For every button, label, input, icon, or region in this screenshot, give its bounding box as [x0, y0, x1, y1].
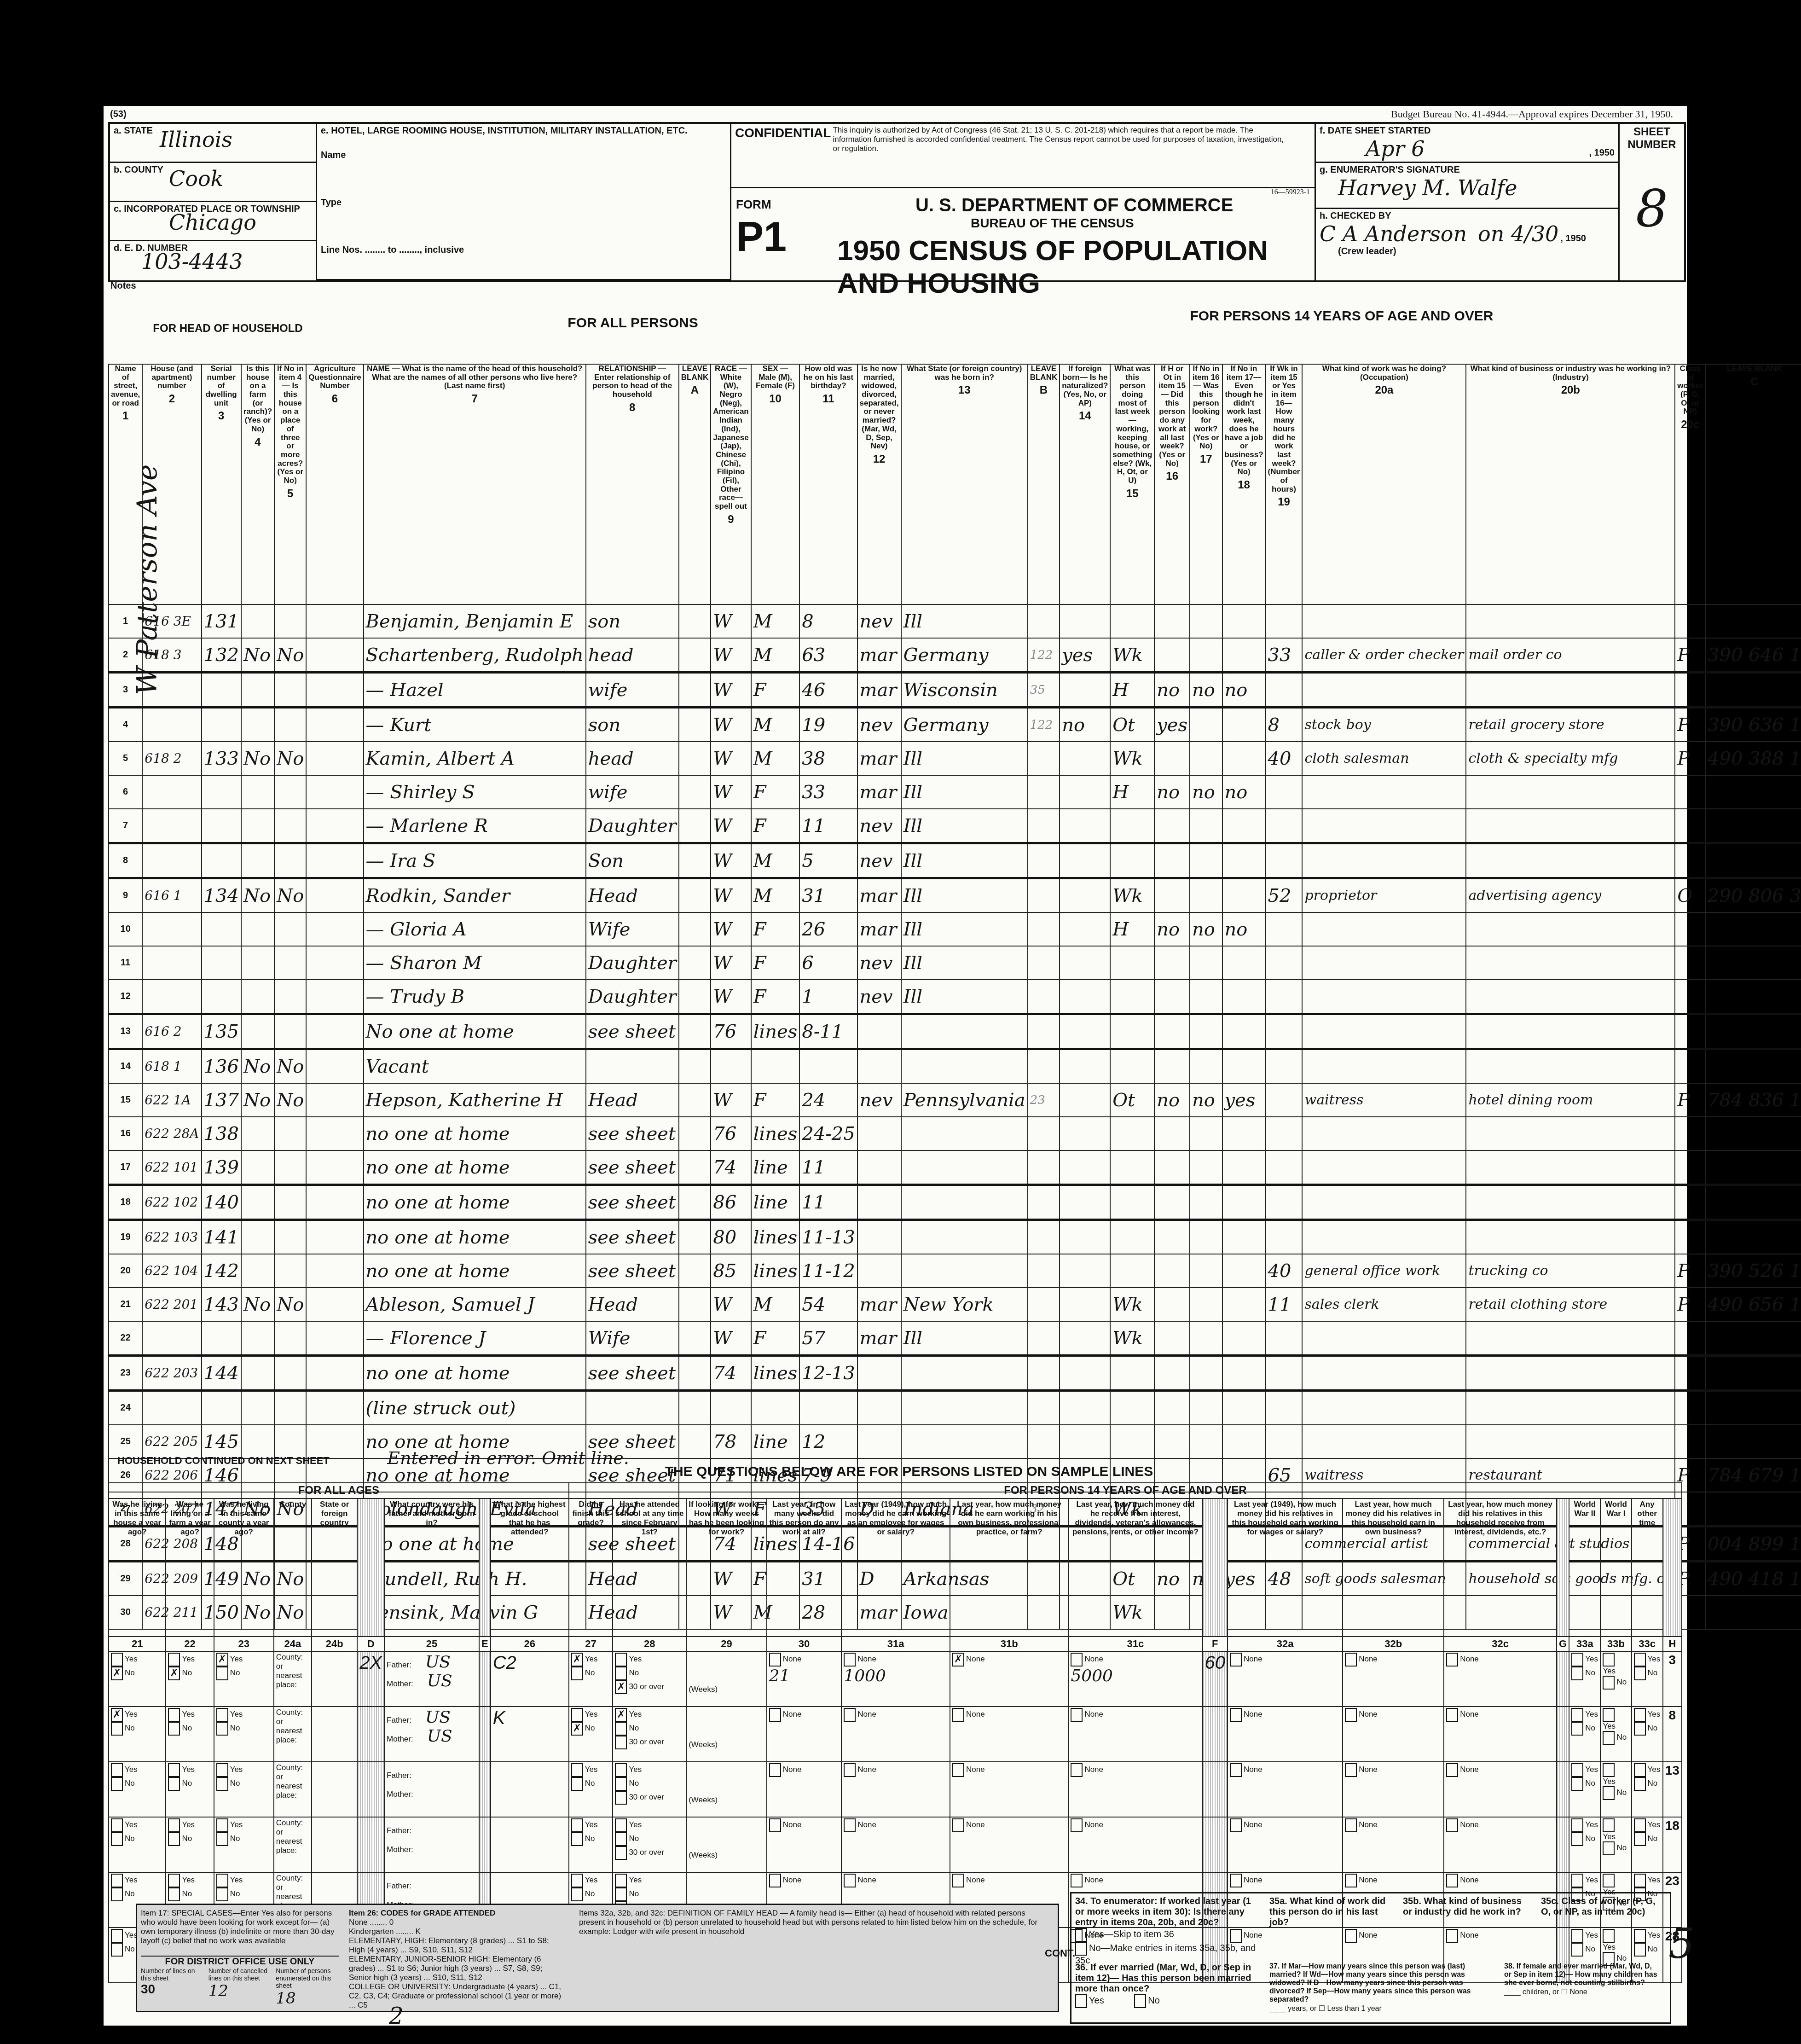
no-checkbox[interactable] [111, 1722, 123, 1736]
line-number: 7 [109, 809, 142, 843]
line-number: 11 [109, 946, 142, 980]
cell-acres [274, 1150, 306, 1185]
no-checkbox[interactable] [216, 1887, 228, 1901]
cell-farm [241, 1321, 274, 1356]
yes-checkbox[interactable] [1603, 1818, 1615, 1832]
cell-nat: no [1060, 708, 1110, 742]
cancelled-count: 12 [208, 1982, 272, 2000]
cell-name: Benjamin, Benjamin E [364, 604, 586, 638]
cell-activity [1110, 809, 1154, 843]
sample-column-number: 28 [613, 1637, 686, 1651]
parents-birthplace[interactable]: Father:USMother:US [384, 1651, 479, 1707]
yes-checkbox[interactable] [216, 1818, 228, 1832]
other-income-cell[interactable]: None [1068, 1762, 1202, 1817]
relatives-other-cell[interactable]: None [1444, 1651, 1557, 1707]
q28-no-checkbox[interactable] [615, 1832, 627, 1846]
no-checkbox[interactable] [111, 1887, 123, 1901]
yes-checkbox[interactable] [111, 1874, 123, 1887]
school-attendance-cell: ✗YesNo30 or over [613, 1707, 686, 1762]
cell-nat [1060, 878, 1110, 913]
grade-cell[interactable]: K [491, 1707, 569, 1762]
cell-rel: Daughter [586, 946, 679, 980]
yes-checkbox[interactable] [1571, 1653, 1583, 1667]
census-row: 19622 103141no one at homesee sheet80lin… [109, 1220, 1801, 1254]
yes-checkbox[interactable] [1603, 1763, 1615, 1777]
column-header: Is this house on a farm (or ranch)? (Yes… [241, 364, 274, 604]
cell-farm [241, 604, 274, 638]
sample-column-number: 30 [767, 1637, 842, 1651]
other-income-cell[interactable]: None [1068, 1707, 1202, 1762]
yes-checkbox[interactable] [111, 1818, 123, 1832]
yes-checkbox[interactable] [1603, 1874, 1615, 1887]
no-checkbox[interactable] [168, 1832, 180, 1846]
yes-checkbox[interactable] [571, 1874, 583, 1887]
no-checkbox[interactable] [571, 1832, 583, 1846]
cell-hours [1266, 1150, 1303, 1185]
sample-row: YesNoYesNoYesNoCounty:or nearest place:F… [109, 1762, 1682, 1817]
none-checkbox[interactable] [844, 1874, 856, 1887]
cell-q17 [1190, 604, 1222, 638]
cell-b: 23 [1028, 1083, 1060, 1117]
wages-cell[interactable]: None1000 [841, 1651, 950, 1707]
yes-checkbox[interactable] [168, 1653, 180, 1667]
cell-farm [241, 1185, 274, 1220]
none-checkbox[interactable] [1230, 1818, 1242, 1832]
relatives-other-cell[interactable]: None [1444, 1817, 1557, 1872]
no-checkbox[interactable] [1634, 1722, 1646, 1736]
weeks-worked-cell[interactable]: None [767, 1762, 842, 1817]
no-checkbox[interactable] [168, 1887, 180, 1901]
weeks-looking-cell[interactable]: (Weeks) [686, 1707, 767, 1762]
cell-acres [274, 1356, 306, 1391]
relatives-wages-cell[interactable]: None [1228, 1651, 1343, 1707]
county-value: Cook [169, 166, 312, 191]
cell-cls: P [1675, 638, 1705, 673]
business-income-cell[interactable]: None [950, 1707, 1068, 1762]
line-number: 19 [109, 1220, 142, 1254]
yes-checkbox[interactable] [1634, 1653, 1646, 1667]
none-checkbox[interactable] [1345, 1708, 1357, 1722]
cell-b [1028, 980, 1060, 1014]
cell-farm [241, 708, 274, 742]
none-checkbox[interactable] [769, 1874, 781, 1887]
no-checkbox[interactable]: ✗ [111, 1667, 123, 1680]
cell-q16: no [1154, 673, 1190, 708]
state-field[interactable] [312, 1762, 357, 1817]
cell-race: 74 [711, 1150, 751, 1185]
none-checkbox[interactable] [1071, 1653, 1083, 1667]
none-checkbox[interactable] [769, 1763, 781, 1777]
none-checkbox[interactable] [844, 1763, 856, 1777]
yes-checkbox[interactable] [1634, 1818, 1646, 1832]
county-field[interactable]: County:or nearest place: [274, 1817, 312, 1872]
none-checkbox[interactable] [1446, 1874, 1458, 1887]
question-q24b: State or foreign country [312, 1498, 357, 1637]
q28-yes-checkbox[interactable] [615, 1818, 627, 1832]
yes-checkbox[interactable] [1634, 1874, 1646, 1887]
cell-farm: No [241, 742, 274, 775]
cell-ind [1466, 604, 1675, 638]
q28-no-checkbox[interactable] [615, 1887, 627, 1901]
none-checkbox[interactable] [1446, 1818, 1458, 1832]
cell-mar: mar [857, 673, 901, 708]
blank-cell [679, 1185, 711, 1220]
cell-hours [1266, 809, 1303, 843]
leave-blank-e [479, 1651, 491, 1707]
cell-born: Ill [901, 742, 1028, 775]
cell-q16: no [1154, 912, 1190, 946]
yes-checkbox[interactable] [168, 1874, 180, 1887]
cell-serial: 137 [202, 1083, 241, 1117]
no-checkbox[interactable] [216, 1722, 228, 1736]
relatives-wages-cell[interactable]: None [1228, 1707, 1343, 1762]
blank-cell [679, 1425, 711, 1458]
q28-no-checkbox[interactable] [615, 1777, 627, 1791]
cell-name: — Ira S [364, 843, 586, 878]
cell-occ [1302, 1014, 1466, 1049]
q36-yes-checkbox[interactable] [1075, 1994, 1087, 2008]
q22-cell: Yes✗No [166, 1651, 214, 1707]
none-checkbox[interactable] [769, 1708, 781, 1722]
cell-ind: trucking co [1466, 1254, 1675, 1288]
none-checkbox[interactable] [1230, 1708, 1242, 1722]
cell-acres [274, 1254, 306, 1288]
cell-ind: advertising agency [1466, 878, 1675, 913]
yes-checkbox[interactable] [111, 1763, 123, 1777]
cell-occ: caller & order checker [1302, 638, 1466, 673]
no-checkbox[interactable] [168, 1777, 180, 1791]
no-checkbox[interactable] [216, 1832, 228, 1846]
cell-mar: mar [857, 1288, 901, 1321]
yes-checkbox[interactable] [216, 1763, 228, 1777]
yes-checkbox[interactable] [1571, 1708, 1583, 1722]
cell-ind [1466, 1425, 1675, 1458]
cell-hours [1266, 673, 1303, 708]
grade-code-item: Kindergarten ........ K [349, 1927, 565, 1936]
lines-count: 30 [141, 1982, 204, 1997]
cell-activity: Wk [1110, 742, 1154, 775]
none-checkbox[interactable] [1071, 1818, 1083, 1832]
yes-checkbox[interactable] [1634, 1763, 1646, 1777]
cell-cls [1675, 1220, 1705, 1254]
question-q33c: Any other time [1632, 1498, 1663, 1637]
yes-checkbox[interactable] [216, 1874, 228, 1887]
relatives-business-cell[interactable]: None [1343, 1651, 1444, 1707]
business-income-cell[interactable]: None [950, 1817, 1068, 1872]
other-income-cell[interactable]: None5000 [1068, 1651, 1202, 1707]
no-checkbox[interactable] [216, 1777, 228, 1791]
parents-birthplace[interactable]: Father:Mother: [384, 1762, 479, 1817]
school-attendance-cell: YesNo✗30 or over [613, 1651, 686, 1707]
cell-occ [1302, 1220, 1466, 1254]
cell-code [1705, 1014, 1801, 1049]
yes-checkbox[interactable]: ✗ [571, 1653, 583, 1667]
no-checkbox[interactable] [571, 1777, 583, 1791]
cell-nat [1060, 1150, 1110, 1185]
county-field[interactable]: County:or nearest place: [274, 1707, 312, 1762]
none-checkbox[interactable] [769, 1653, 781, 1667]
cell-q16 [1154, 1391, 1190, 1425]
yes-checkbox[interactable] [111, 1929, 123, 1943]
q28-yes-checkbox[interactable] [615, 1653, 627, 1667]
no-checkbox[interactable] [1571, 1722, 1583, 1736]
cell-q17 [1190, 708, 1222, 742]
parents-birthplace[interactable]: Father:Mother: [384, 1817, 479, 1872]
q28-yes-checkbox[interactable] [615, 1874, 627, 1887]
yes-checkbox[interactable] [1634, 1708, 1646, 1722]
cell-age: 1 [799, 980, 857, 1014]
none-checkbox[interactable] [1230, 1653, 1242, 1667]
none-checkbox[interactable] [769, 1818, 781, 1832]
state-field[interactable] [312, 1817, 357, 1872]
none-checkbox[interactable] [1446, 1708, 1458, 1722]
none-checkbox[interactable] [844, 1818, 856, 1832]
yes-checkbox[interactable] [1571, 1818, 1583, 1832]
state-field[interactable] [312, 1651, 357, 1707]
weeks-looking-cell[interactable]: (Weeks) [686, 1651, 767, 1707]
q28-thirty-checkbox[interactable] [615, 1791, 627, 1805]
relatives-business-cell[interactable]: None [1343, 1762, 1444, 1817]
cell-code [1705, 1117, 1801, 1150]
special-cases: Item 17: SPECIAL CASES—Enter Yes also fo… [141, 1909, 339, 1945]
q34-no-checkbox[interactable] [1075, 1942, 1087, 1956]
weeks-looking-cell[interactable]: (Weeks) [686, 1817, 767, 1872]
no-checkbox[interactable]: ✗ [168, 1667, 180, 1680]
cell-q18: no [1222, 673, 1266, 708]
cell-q18 [1222, 946, 1266, 980]
no-checkbox[interactable] [111, 1777, 123, 1791]
none-checkbox[interactable] [844, 1653, 856, 1667]
q34-yes-checkbox[interactable] [1075, 1928, 1087, 1942]
county-field[interactable]: County:or nearest place: [274, 1651, 312, 1707]
cell-sex: F [751, 1321, 800, 1356]
grade-cell[interactable]: C2 [491, 1651, 569, 1707]
cell-house [142, 1321, 201, 1356]
no-checkbox[interactable] [1603, 1786, 1615, 1800]
yes-checkbox[interactable]: ✗ [111, 1708, 123, 1722]
cell-code [1705, 843, 1801, 878]
business-income-cell[interactable]: ✗None [950, 1651, 1068, 1707]
sample-column-number: F [1203, 1637, 1228, 1651]
cell-q17 [1190, 878, 1222, 913]
cell-nat [1060, 946, 1110, 980]
no-checkbox[interactable] [168, 1722, 180, 1736]
question-q28: Has he attended school at any time since… [613, 1498, 686, 1637]
none-checkbox[interactable] [952, 1708, 964, 1722]
yes-checkbox[interactable] [168, 1708, 180, 1722]
sample-column-number: 31a [841, 1637, 950, 1651]
cell-name: no one at home [364, 1150, 586, 1185]
cell-acres [274, 604, 306, 638]
parents-birthplace[interactable]: Father:USMother:US [384, 1707, 479, 1762]
cell-nat [1060, 843, 1110, 878]
leave-blank-d: 2X [357, 1651, 384, 1707]
yes-checkbox[interactable] [1603, 1653, 1615, 1667]
other-income-cell[interactable]: None [1068, 1817, 1202, 1872]
yes-checkbox[interactable] [1571, 1763, 1583, 1777]
cell-activity: Wk [1110, 1321, 1154, 1356]
cell-b [1028, 604, 1060, 638]
yes-checkbox[interactable] [216, 1708, 228, 1722]
relatives-other-cell[interactable]: None [1444, 1707, 1557, 1762]
none-checkbox[interactable] [1071, 1708, 1083, 1722]
no-checkbox[interactable] [216, 1667, 228, 1680]
weeks-worked-cell[interactable]: None21 [767, 1651, 842, 1707]
blank-cell [306, 638, 363, 673]
q28-thirty-checkbox[interactable] [615, 1846, 627, 1860]
relatives-wages-cell[interactable]: None [1228, 1817, 1343, 1872]
none-checkbox[interactable] [844, 1708, 856, 1722]
cell-occ [1302, 1356, 1466, 1391]
cell-hours [1266, 1425, 1303, 1458]
yes-checkbox[interactable] [111, 1653, 123, 1667]
no-checkbox[interactable] [111, 1943, 123, 1957]
no-checkbox[interactable] [1571, 1777, 1583, 1791]
no-checkbox[interactable] [1634, 1777, 1646, 1791]
cell-hours: 11 [1266, 1288, 1303, 1321]
cell-mar [857, 1117, 901, 1150]
cell-code [1705, 1356, 1801, 1391]
cell-acres [274, 1391, 306, 1425]
none-checkbox[interactable]: ✗ [952, 1653, 964, 1667]
weeks-worked-cell[interactable]: None [767, 1817, 842, 1872]
relatives-wages-cell[interactable]: None [1228, 1762, 1343, 1817]
none-checkbox[interactable] [1446, 1653, 1458, 1667]
cell-hours [1266, 946, 1303, 980]
yes-checkbox[interactable]: ✗ [216, 1653, 228, 1667]
father-birthplace: US [425, 1653, 451, 1672]
business-income-cell[interactable]: None [950, 1762, 1068, 1817]
cell-race: W [711, 638, 751, 673]
cell-house [142, 809, 201, 843]
cell-code: 490 656 1 [1705, 1288, 1801, 1321]
relatives-business-cell[interactable]: None [1343, 1707, 1444, 1762]
leave-blank-e [479, 1762, 491, 1817]
cell-occ [1302, 673, 1466, 708]
no-checkbox[interactable]: ✗ [571, 1722, 583, 1736]
no-checkbox[interactable] [1634, 1667, 1646, 1680]
yes-checkbox[interactable] [1571, 1874, 1583, 1887]
q28-yes-checkbox[interactable] [615, 1763, 627, 1777]
relatives-business-cell[interactable]: None [1343, 1817, 1444, 1872]
cell-q17 [1190, 1254, 1222, 1288]
cell-q16 [1154, 604, 1190, 638]
cell-activity [1110, 1425, 1154, 1458]
cell-house [142, 980, 201, 1014]
cell-sex [751, 1391, 800, 1425]
cell-sex: F [751, 980, 800, 1014]
no-checkbox[interactable] [1603, 1676, 1615, 1690]
cell-serial: 132 [202, 638, 241, 673]
q28-thirty-checkbox[interactable]: ✗ [615, 1680, 627, 1694]
line-number: 9 [109, 878, 142, 913]
cell-serial [202, 1321, 241, 1356]
sample-row: ✗YesNoYesNoYesNoCounty:or nearest place:… [109, 1707, 1682, 1762]
q28-no-checkbox[interactable] [615, 1722, 627, 1736]
sample-column-number: 24b [312, 1637, 357, 1651]
relatives-other-cell[interactable]: None [1444, 1762, 1557, 1817]
yes-checkbox[interactable] [571, 1818, 583, 1832]
wages-cell[interactable]: None [841, 1817, 950, 1872]
leave-blank-column [1663, 1498, 1682, 1637]
cell-occ [1302, 1185, 1466, 1220]
cell-ind [1466, 1185, 1675, 1220]
none-checkbox[interactable] [1446, 1763, 1458, 1777]
no-checkbox[interactable] [1603, 1841, 1615, 1855]
none-checkbox[interactable] [1230, 1874, 1242, 1887]
yes-checkbox[interactable] [168, 1763, 180, 1777]
weeks-looking-cell[interactable]: (Weeks) [686, 1762, 767, 1817]
yes-checkbox[interactable] [168, 1818, 180, 1832]
cell-hours [1266, 1083, 1303, 1117]
wages-cell[interactable]: None [841, 1762, 950, 1817]
yes-checkbox[interactable] [571, 1763, 583, 1777]
no-checkbox[interactable] [571, 1887, 583, 1901]
no-checkbox[interactable] [571, 1667, 583, 1680]
no-checkbox[interactable] [111, 1832, 123, 1846]
cell-code: 390 646 1 [1705, 638, 1801, 673]
no-checkbox[interactable] [1571, 1667, 1583, 1680]
cell-age [799, 1049, 857, 1084]
cell-hours: 52 [1266, 878, 1303, 913]
cell-name: no one at home [364, 1220, 586, 1254]
cell-serial: 139 [202, 1150, 241, 1185]
none-checkbox[interactable] [1071, 1763, 1083, 1777]
cell-occ [1302, 843, 1466, 878]
cell-b [1028, 1425, 1060, 1458]
q28-thirty-checkbox[interactable] [615, 1736, 627, 1749]
grade-cell[interactable] [491, 1817, 569, 1872]
none-checkbox[interactable] [952, 1763, 964, 1777]
q36-no-checkbox[interactable] [1134, 1994, 1146, 2008]
q28-no-checkbox[interactable] [615, 1667, 627, 1680]
none-checkbox[interactable] [1071, 1874, 1083, 1887]
wages-cell[interactable]: None [841, 1707, 950, 1762]
none-checkbox[interactable] [952, 1874, 964, 1887]
q28-yes-checkbox[interactable]: ✗ [615, 1708, 627, 1722]
leave-blank-g [1557, 1817, 1569, 1872]
cell-code: 390 636 1 [1705, 708, 1801, 742]
cell-race: W [711, 912, 751, 946]
cell-rel: head [586, 638, 679, 673]
yes-checkbox[interactable] [1603, 1708, 1615, 1722]
cell-serial [202, 673, 241, 708]
no-checkbox[interactable] [1603, 1731, 1615, 1745]
cell-activity [1110, 1220, 1154, 1254]
blank-cell [679, 673, 711, 708]
none-checkbox[interactable] [1345, 1818, 1357, 1832]
cell-name: — Shirley S [364, 775, 586, 809]
cell-sex: F [751, 946, 800, 980]
none-checkbox[interactable] [1345, 1874, 1357, 1887]
grade-cell[interactable] [491, 1762, 569, 1817]
cell-rel: see sheet [586, 1254, 679, 1288]
none-checkbox[interactable] [1230, 1763, 1242, 1777]
no-checkbox[interactable] [1634, 1832, 1646, 1846]
none-checkbox[interactable] [1345, 1653, 1357, 1667]
checked-by-signature: C A Anderson [1320, 221, 1467, 246]
no-checkbox[interactable] [1571, 1832, 1583, 1846]
none-checkbox[interactable] [1345, 1763, 1357, 1777]
weeks-worked-cell[interactable]: None [767, 1707, 842, 1762]
census-row: 7— Marlene RDaughterWF11nevIll7 [109, 809, 1801, 843]
state-field[interactable] [312, 1707, 357, 1762]
county-field[interactable]: County:or nearest place: [274, 1762, 312, 1817]
blank-cell [679, 1117, 711, 1150]
grade-codes: Item 26: CODES for GRADE ATTENDED None .… [349, 1909, 565, 2010]
yes-checkbox[interactable] [571, 1708, 583, 1722]
none-checkbox[interactable] [952, 1818, 964, 1832]
